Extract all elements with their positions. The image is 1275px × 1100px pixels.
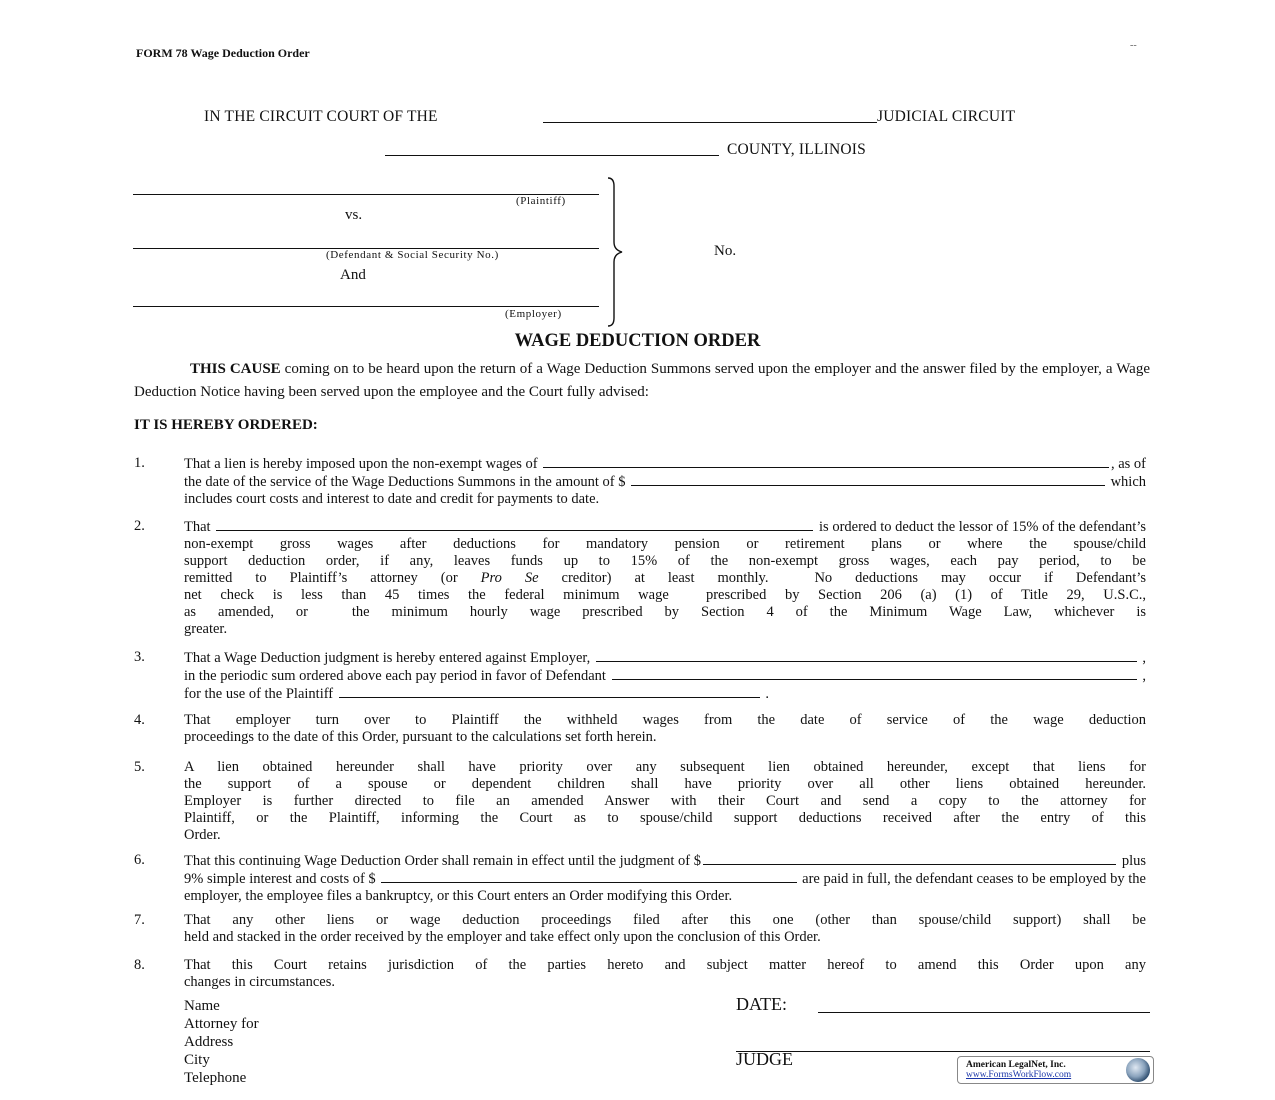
fill-in-blank-field[interactable]: [703, 852, 1116, 865]
ordered-heading: IT IS HEREBY ORDERED:: [134, 417, 318, 434]
item-line: remitted to Plaintiff’s attorney (or Pro…: [184, 570, 1146, 587]
item-text-segment: Plaintiff, or the Plaintiff, informing t…: [184, 810, 1146, 826]
item-text-segment: That this Court retains jurisdiction of …: [184, 957, 1146, 973]
item-text-segment: the date of the service of the Wage Dedu…: [184, 474, 629, 491]
item-text-segment: remitted to Plaintiff’s attorney (or: [184, 570, 481, 586]
item-line: the date of the service of the Wage Dedu…: [184, 473, 1146, 491]
item-text-segment: ,: [1139, 668, 1146, 685]
court-prefix: IN THE CIRCUIT COURT OF THE: [204, 108, 438, 125]
court-line-1: IN THE CIRCUIT COURT OF THE: [204, 108, 438, 126]
item-text: That is ordered to deduct the lessor of …: [184, 518, 1146, 638]
item-text-segment: A lien obtained hereunder shall have pri…: [184, 759, 1146, 775]
item-line: net check is less than 45 times the fede…: [184, 587, 1146, 604]
item-text: That this continuing Wage Deduction Orde…: [184, 852, 1146, 905]
item-line: That this Court retains jurisdiction of …: [184, 957, 1146, 974]
item-line: in the periodic sum ordered above each p…: [184, 667, 1146, 685]
form-identifier: FORM 78 Wage Deduction Order: [136, 46, 310, 61]
item-text-segment: That this continuing Wage Deduction Orde…: [184, 853, 701, 870]
date-label: DATE:: [736, 994, 787, 1015]
item-line: That a Wage Deduction judgment is hereby…: [184, 649, 1146, 667]
item-text-segment: That a lien is hereby imposed upon the n…: [184, 456, 541, 473]
item-number: 1.: [134, 455, 145, 472]
item-text: That employer turn over to Plaintiff the…: [184, 712, 1146, 746]
item-text-segment: creditor) at least monthly. No deduction…: [539, 570, 1146, 586]
corner-mark: --: [1130, 40, 1137, 51]
item-line: the support of a spouse or dependent chi…: [184, 776, 1146, 793]
item-line: proceedings to the date of this Order, p…: [184, 729, 1146, 746]
fill-in-blank-field[interactable]: [381, 870, 796, 883]
item-text-segment: That: [184, 519, 214, 536]
fill-in-blank-field[interactable]: [216, 518, 813, 531]
item-line: That employer turn over to Plaintiff the…: [184, 712, 1146, 729]
item-number: 3.: [134, 649, 145, 666]
fill-in-blank-field[interactable]: [543, 455, 1109, 468]
item-text-segment: includes court costs and interest to dat…: [184, 491, 599, 507]
intro-bold: THIS CAUSE: [190, 361, 281, 377]
item-line: includes court costs and interest to dat…: [184, 491, 1146, 508]
caption-brace-icon: [604, 176, 628, 328]
item-line: support deduction order, if any, leaves …: [184, 553, 1146, 570]
date-field[interactable]: [818, 996, 1150, 1013]
item-text-segment: greater.: [184, 621, 227, 637]
item-text-segment: as amended, or the minimum hourly wage p…: [184, 604, 1146, 620]
item-text-segment: proceedings to the date of this Order, p…: [184, 729, 657, 745]
versus-label: vs.: [345, 207, 362, 224]
item-number: 4.: [134, 712, 145, 729]
item-number: 5.: [134, 759, 145, 776]
item-text-segment: .: [762, 686, 769, 703]
item-text: A lien obtained hereunder shall have pri…: [184, 759, 1146, 844]
item-line: Employer is further directed to file an …: [184, 793, 1146, 810]
item-text-segment: is ordered to deduct the lessor of 15% o…: [815, 519, 1146, 536]
case-number-field[interactable]: [748, 244, 948, 262]
judge-signature-field[interactable]: [736, 1035, 1150, 1052]
fill-in-blank-field[interactable]: [596, 649, 1137, 662]
italic-text: Pro Se: [481, 570, 539, 586]
item-text-segment: changes in circumstances.: [184, 974, 335, 990]
item-line: held and stacked in the order received b…: [184, 929, 1146, 946]
item-text: That any other liens or wage deduction p…: [184, 912, 1146, 946]
attorney-field-label: Telephone: [184, 1069, 246, 1087]
item-text-segment: held and stacked in the order received b…: [184, 929, 821, 945]
item-text-segment: That any other liens or wage deduction p…: [184, 912, 1146, 928]
item-text-segment: employer, the employee files a bankruptc…: [184, 888, 732, 904]
item-text-segment: in the periodic sum ordered above each p…: [184, 668, 610, 685]
item-text: That this Court retains jurisdiction of …: [184, 957, 1146, 991]
item-line: as amended, or the minimum hourly wage p…: [184, 604, 1146, 621]
item-number: 8.: [134, 957, 145, 974]
item-text-segment: Employer is further directed to file an …: [184, 793, 1146, 809]
globe-icon: [1126, 1058, 1150, 1082]
item-text: That a Wage Deduction judgment is hereby…: [184, 649, 1146, 703]
item-text-segment: support deduction order, if any, leaves …: [184, 553, 1146, 569]
document-title: WAGE DEDUCTION ORDER: [0, 331, 1275, 352]
attorney-field-label: City: [184, 1051, 210, 1069]
judge-label: JUDGE: [736, 1049, 793, 1070]
item-text-segment: That a Wage Deduction judgment is hereby…: [184, 650, 594, 667]
fill-in-blank-field[interactable]: [631, 473, 1105, 486]
item-text-segment: plus: [1118, 853, 1146, 870]
item-text-segment: the support of a spouse or dependent chi…: [184, 776, 1146, 792]
intro-paragraph: THIS CAUSE coming on to be heard upon th…: [134, 358, 1150, 404]
item-text-segment: , as of: [1111, 456, 1146, 473]
item-text-segment: are paid in full, the defendant ceases t…: [799, 871, 1146, 888]
item-text-segment: non-exempt gross wages after deductions …: [184, 536, 1146, 552]
plaintiff-label: (Plaintiff): [516, 195, 566, 207]
item-line: changes in circumstances.: [184, 974, 1146, 991]
attorney-field-label: Address: [184, 1033, 233, 1051]
county-label: COUNTY, ILLINOIS: [727, 141, 866, 159]
attorney-field-label: Attorney for: [184, 1015, 259, 1033]
item-line: greater.: [184, 621, 1146, 638]
item-text-segment: net check is less than 45 times the fede…: [184, 587, 1146, 603]
and-label: And: [340, 267, 366, 284]
item-text-segment: ,: [1139, 650, 1146, 667]
item-line: That is ordered to deduct the lessor of …: [184, 518, 1146, 536]
badge-url-link[interactable]: www.FormsWorkFlow.com: [966, 1070, 1071, 1080]
employer-label: (Employer): [505, 308, 562, 320]
county-field[interactable]: [385, 139, 719, 156]
case-number-label: No.: [714, 243, 736, 260]
employer-field[interactable]: [133, 306, 599, 307]
item-text: That a lien is hereby imposed upon the n…: [184, 455, 1146, 508]
judicial-circuit-field[interactable]: [543, 106, 877, 123]
item-text-segment: Order.: [184, 827, 221, 843]
item-text-segment: That employer turn over to Plaintiff the…: [184, 712, 1146, 728]
badge-company: American LegalNet, Inc.: [966, 1060, 1066, 1070]
item-line: non-exempt gross wages after deductions …: [184, 536, 1146, 553]
fill-in-blank-field[interactable]: [612, 667, 1137, 680]
item-line: A lien obtained hereunder shall have pri…: [184, 759, 1146, 776]
item-line: That any other liens or wage deduction p…: [184, 912, 1146, 929]
item-line: for the use of the Plaintiff .: [184, 685, 769, 703]
item-number: 6.: [134, 852, 145, 869]
judicial-circuit-label: JUDICIAL CIRCUIT: [877, 108, 1015, 126]
attorney-field-label: Name: [184, 997, 220, 1015]
item-line: That this continuing Wage Deduction Orde…: [184, 852, 1146, 870]
item-text-segment: which: [1107, 474, 1146, 491]
item-line: 9% simple interest and costs of $ are pa…: [184, 870, 1146, 888]
item-line: employer, the employee files a bankruptc…: [184, 888, 1146, 905]
item-text-segment: for the use of the Plaintiff: [184, 686, 337, 703]
intro-text: coming on to be heard upon the return of…: [134, 361, 1150, 400]
item-line: Plaintiff, or the Plaintiff, informing t…: [184, 810, 1146, 827]
item-text-segment: 9% simple interest and costs of $: [184, 871, 379, 888]
item-line: That a lien is hereby imposed upon the n…: [184, 455, 1146, 473]
item-number: 2.: [134, 518, 145, 535]
american-legalnet-badge[interactable]: American LegalNet, Inc. www.FormsWorkFlo…: [957, 1056, 1154, 1084]
fill-in-blank-field[interactable]: [339, 685, 760, 698]
item-number: 7.: [134, 912, 145, 929]
item-line: Order.: [184, 827, 1146, 844]
defendant-label: (Defendant & Social Security No.): [326, 249, 499, 261]
